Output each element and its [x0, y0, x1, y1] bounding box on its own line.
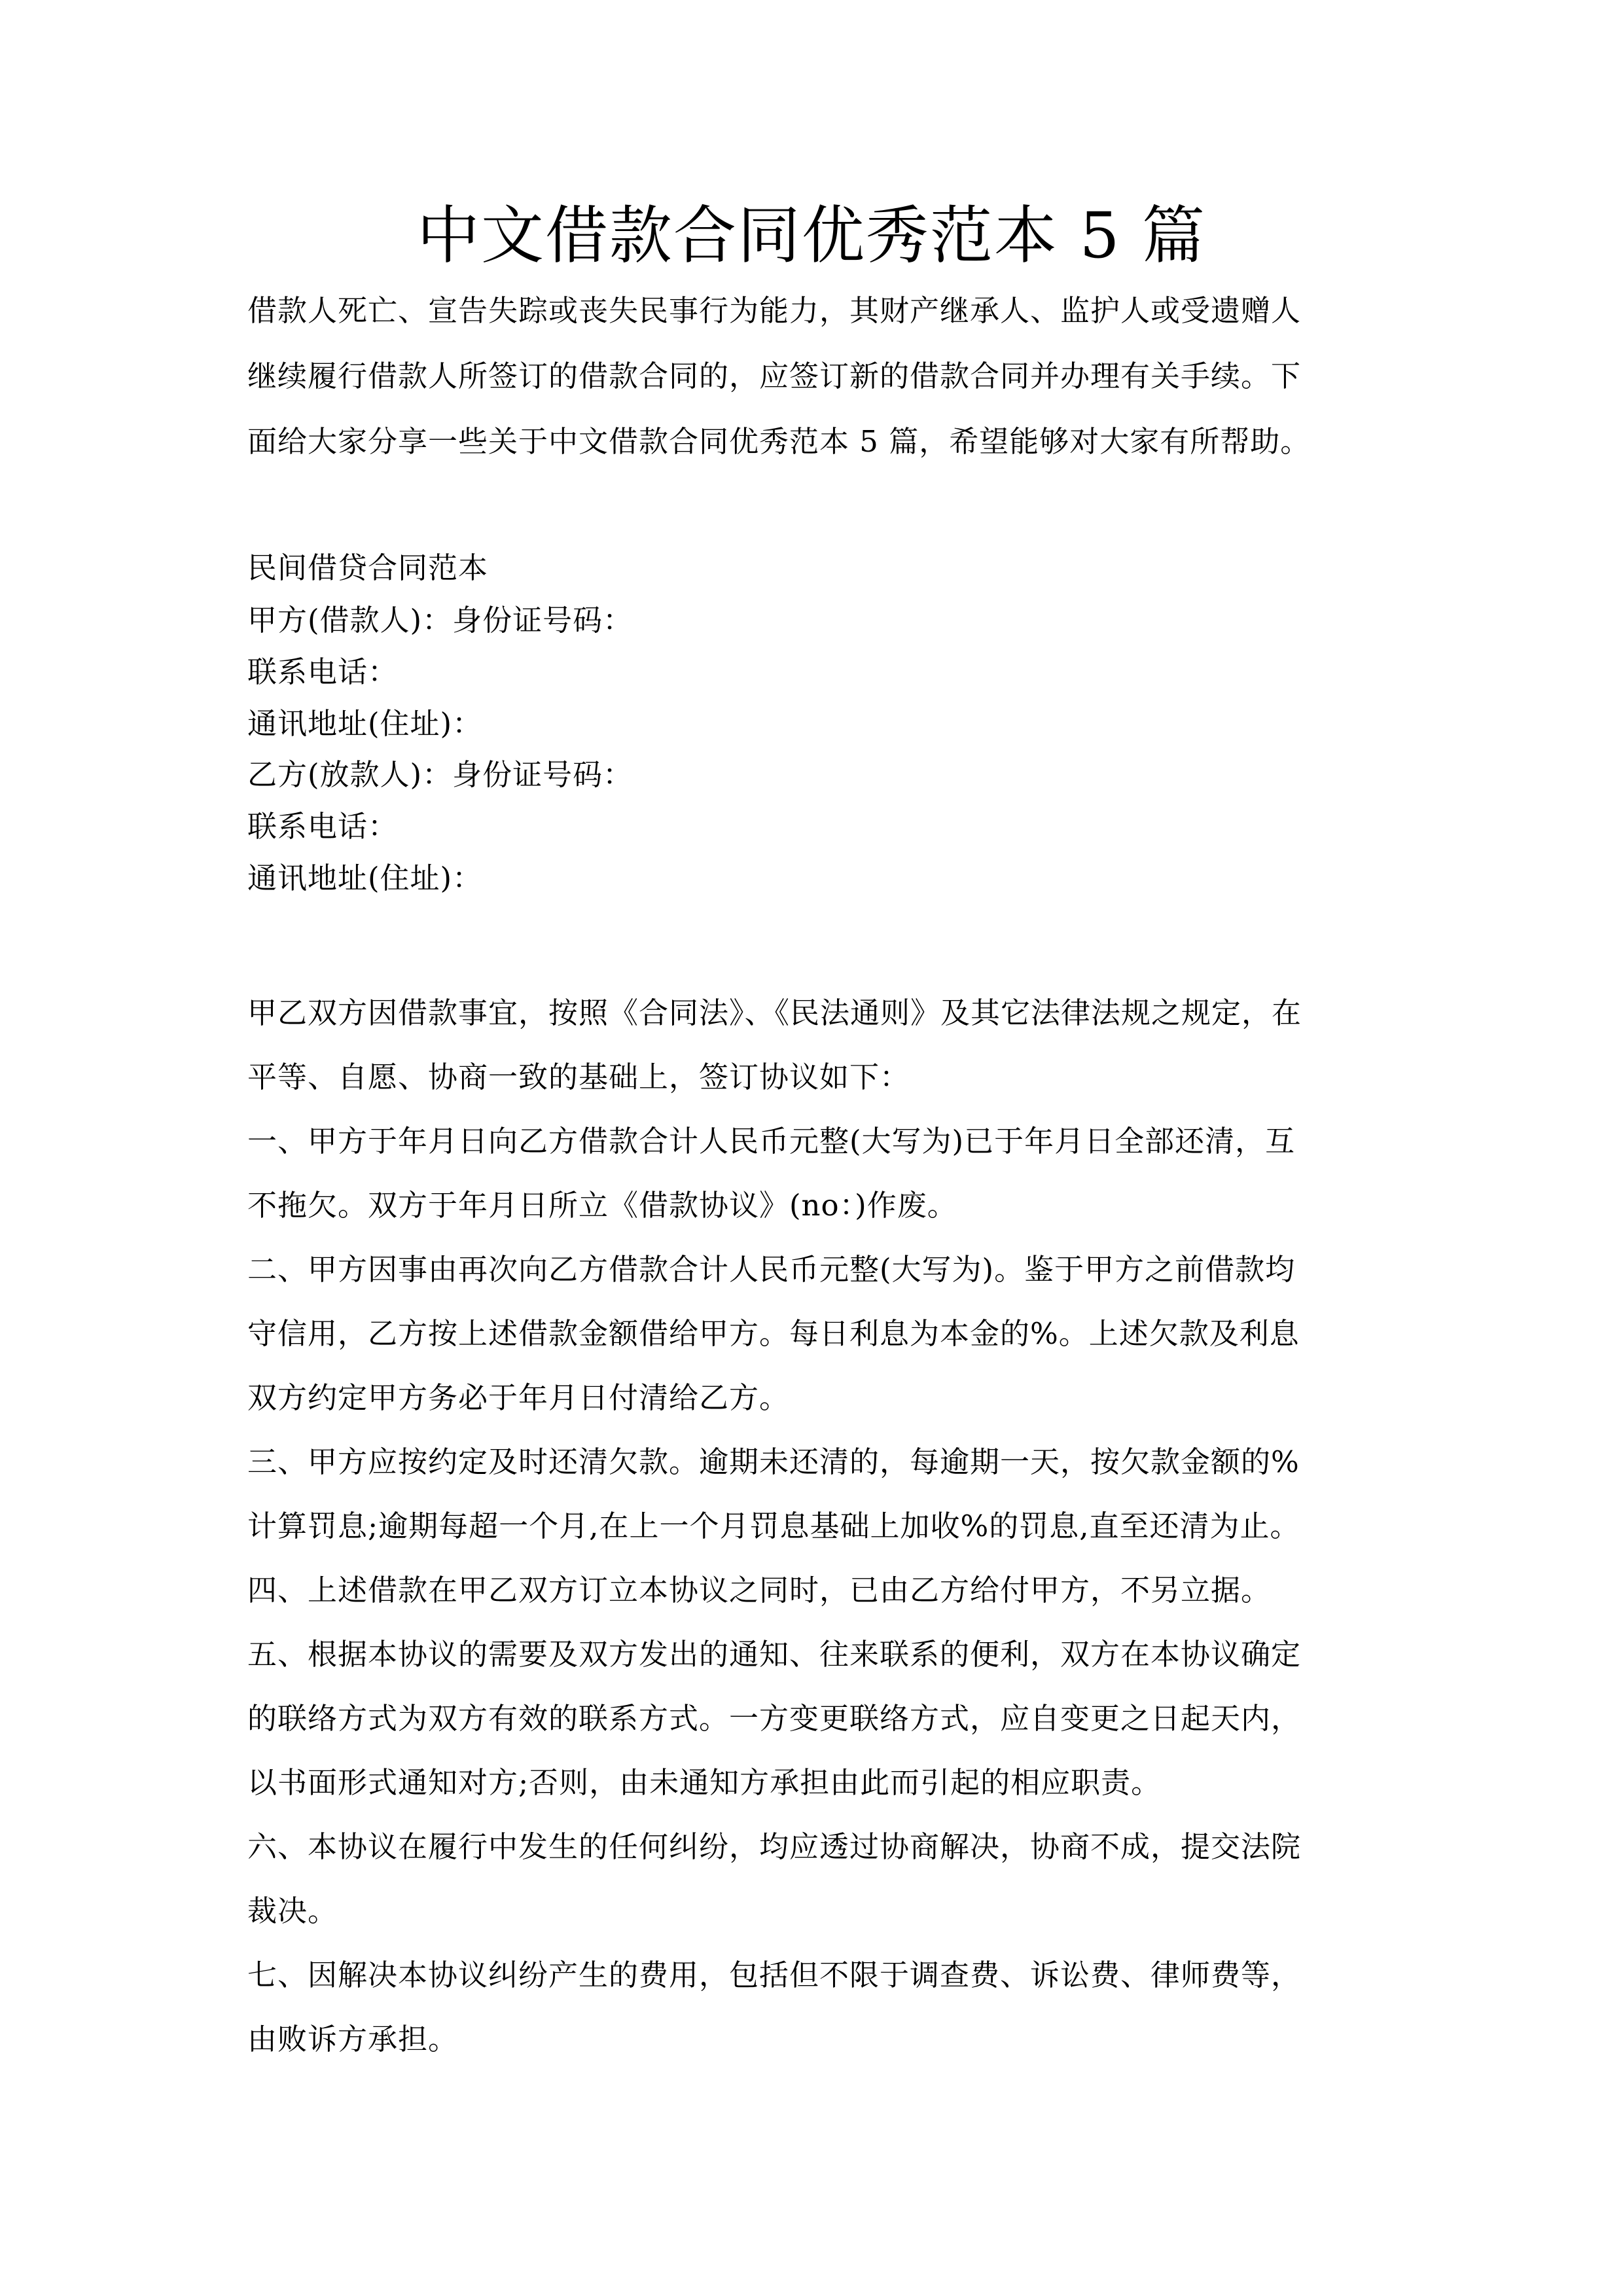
document-title: 中文借款合同优秀范本 5 篇	[0, 190, 1623, 281]
body-line: 七、因解决本协议纠纷产生的费用，包括但不限于调查费、诉讼费、律师费等，	[247, 1956, 1301, 1995]
party-field: 联系电话：	[247, 807, 398, 846]
party-field: 甲方(借款人)：身份证号码：	[247, 601, 633, 640]
intro-line: 面给大家分享一些关于中文借款合同优秀范本 5 篇，希望能够对大家有所帮助。	[247, 422, 1310, 461]
party-field: 乙方(放款人)：身份证号码：	[247, 755, 633, 795]
body-line: 五、根据本协议的需要及双方发出的通知、往来联系的便利，双方在本协议确定	[247, 1635, 1301, 1674]
body-line: 不拖欠。双方于年月日所立《借款协议》(no：)作废。	[247, 1186, 957, 1225]
body-line: 平等、自愿、协商一致的基础上，签订协议如下：	[247, 1058, 910, 1097]
intro-line: 借款人死亡、宣告失踪或丧失民事行为能力，其财产继承人、监护人或受遗赠人	[247, 291, 1301, 331]
party-field: 联系电话：	[247, 653, 398, 692]
body-line: 一、甲方于年月日向乙方借款合计人民币元整(大写为)已于年月日全部还清，互	[247, 1122, 1295, 1161]
body-line: 甲乙双方因借款事宜，按照《合同法》、《民法通则》及其它法律法规之规定，在	[247, 994, 1302, 1033]
body-line: 以书面形式通知对方;否则，由未通知方承担由此而引起的相应职责。	[247, 1763, 1161, 1803]
party-field: 通讯地址(住址)：	[247, 859, 482, 898]
body-line: 守信用，乙方按上述借款金额借给甲方。每日利息为本金的%。上述欠款及利息	[247, 1314, 1300, 1354]
body-line: 裁决。	[247, 1892, 338, 1931]
body-line: 双方约定甲方务必于年月日付清给乙方。	[247, 1378, 789, 1418]
body-line: 计算罚息;逾期每超一个月,在上一个月罚息基础上加收%的罚息,直至还清为止。	[247, 1507, 1300, 1546]
intro-line: 继续履行借款人所签订的借款合同的，应签订新的借款合同并办理有关手续。下	[247, 357, 1301, 396]
section-title: 民间借贷合同范本	[247, 548, 488, 588]
body-line: 由败诉方承担。	[247, 2020, 458, 2059]
body-line: 四、上述借款在甲乙双方订立本协议之同时，已由乙方给付甲方，不另立据。	[247, 1571, 1271, 1610]
party-field: 通讯地址(住址)：	[247, 704, 482, 744]
body-line: 二、甲方因事由再次向乙方借款合计人民币元整(大写为)。鉴于甲方之前借款均	[247, 1250, 1295, 1289]
body-line: 六、本协议在履行中发生的任何纠纷，均应透过协商解决，协商不成，提交法院	[247, 1827, 1301, 1867]
document-page: 中文借款合同优秀范本 5 篇 借款人死亡、宣告失踪或丧失民事行为能力，其财产继承…	[0, 0, 1623, 2296]
body-line: 三、甲方应按约定及时还清欠款。逾期未还清的，每逾期一天，按欠款金额的%	[247, 1443, 1300, 1482]
body-line: 的联络方式为双方有效的联系方式。一方变更联络方式，应自变更之日起天内，	[247, 1699, 1301, 1738]
